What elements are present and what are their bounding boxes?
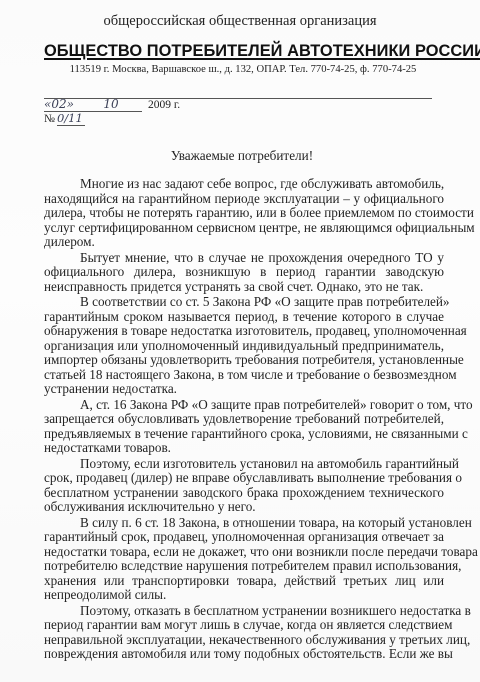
- paragraph-line: организация или уполномоченный индивидуа…: [44, 339, 444, 354]
- paragraph-line: неисправность придется устранять за свой…: [44, 280, 444, 295]
- org-address: 113519 г. Москва, Варшавское ш., д. 132,…: [0, 64, 480, 75]
- paragraph-line: устранении недостатка.: [44, 382, 444, 397]
- paragraph-line: обслуживания исключительно у него.: [44, 500, 444, 515]
- paragraph-line: находящийся на гарантийном периоде экспл…: [44, 192, 444, 207]
- paragraph-line: Поэтому, если изготовитель установил на …: [44, 457, 444, 472]
- paragraph-line: бесплатном устранении заводского брака п…: [44, 486, 444, 501]
- paragraph-line: В силу п. 6 ст. 18 Закона, в отношении т…: [44, 516, 444, 531]
- paragraph: А, ст. 16 Закона РФ «О защите прав потре…: [44, 398, 444, 456]
- paragraph-line: срок, продавец (дилер) не вправе обуслав…: [44, 471, 444, 486]
- date-year: 2009 г.: [148, 99, 180, 111]
- paragraph-line: импортер обязаны удовлетворить требовани…: [44, 353, 444, 368]
- paragraph-line: Многие из нас задают себе вопрос, где об…: [44, 177, 444, 192]
- paragraph-line: повреждения автомобиля или тому подобных…: [44, 647, 444, 662]
- paragraph: В силу п. 6 ст. 18 Закона, в отношении т…: [44, 516, 444, 603]
- paragraph-line: А, ст. 16 Закона РФ «О защите прав потре…: [44, 398, 444, 413]
- paragraph-line: дилера, чтобы не потерять гарантию, или …: [44, 206, 444, 221]
- paragraph-line: услуг сертифицированном сервисном центре…: [44, 221, 444, 236]
- paragraph-line: Поэтому, отказать в бесплатном устранени…: [44, 604, 444, 619]
- date-day-field: «02»: [44, 97, 80, 112]
- paragraph-line: обнаружения в товаре недостатка изготови…: [44, 324, 444, 339]
- paragraph-line: период гарантии вам могут лишь в случае,…: [44, 618, 444, 633]
- paragraph-line: официального дилера, возникшую в период …: [44, 265, 444, 280]
- letter-date: «02»102009 г.: [44, 97, 180, 111]
- number-value: 0/11: [57, 111, 85, 126]
- paragraph-line: хранения или транспортировки товара, дей…: [44, 574, 444, 589]
- paragraph: В соответствии со ст. 5 Закона РФ «О защ…: [44, 295, 444, 397]
- paragraph: Поэтому, если изготовитель установил на …: [44, 457, 444, 515]
- org-subtitle: общероссийская общественная организация: [0, 13, 480, 30]
- date-month-field: 10: [80, 97, 142, 112]
- paragraph-line: недостатки товара, если не докажет, что …: [44, 545, 444, 560]
- letter-body: Многие из нас задают себе вопрос, где об…: [44, 177, 444, 663]
- paragraph-line: дилером.: [44, 235, 444, 250]
- paragraph: Поэтому, отказать в бесплатном устранени…: [44, 604, 444, 662]
- org-title: ОБЩЕСТВО ПОТРЕБИТЕЛЕЙ АВТОТЕХНИКИ РОССИИ: [44, 42, 428, 61]
- paragraph-line: недостатками товаров.: [44, 441, 444, 456]
- paragraph: Бытует мнение, что в случае не прохожден…: [44, 251, 444, 295]
- paragraph-line: статьей 18 настоящего Закона, в том числ…: [44, 368, 444, 383]
- paragraph-line: потребителю вследствие нарушения потреби…: [44, 559, 444, 574]
- letter-number: №0/11: [44, 111, 85, 126]
- paragraph: Многие из нас задают себе вопрос, где об…: [44, 177, 444, 250]
- date-close-quote: »: [67, 97, 74, 111]
- paragraph-line: гарантийным сроком называется период, в …: [44, 310, 444, 325]
- paragraph-line: В соответствии со ст. 5 Закона РФ «О защ…: [44, 295, 444, 310]
- paragraph-line: непреодолимой силы.: [44, 588, 444, 603]
- date-day-value: 02: [51, 97, 66, 111]
- paragraph-line: запрещается обусловливать удовлетворение…: [44, 412, 444, 427]
- paragraph-line: неправильной эксплуатации, некачественно…: [44, 633, 444, 648]
- number-label: №: [44, 113, 55, 125]
- paragraph-line: гарантийный срок, продавец, уполномоченн…: [44, 530, 444, 545]
- greeting: Уважаемые потребители!: [0, 148, 480, 164]
- document-page: общероссийская общественная организация …: [0, 0, 480, 682]
- paragraph-line: предъявляемых в течение гарантийного сро…: [44, 427, 444, 442]
- paragraph-line: Бытует мнение, что в случае не прохожден…: [44, 251, 444, 266]
